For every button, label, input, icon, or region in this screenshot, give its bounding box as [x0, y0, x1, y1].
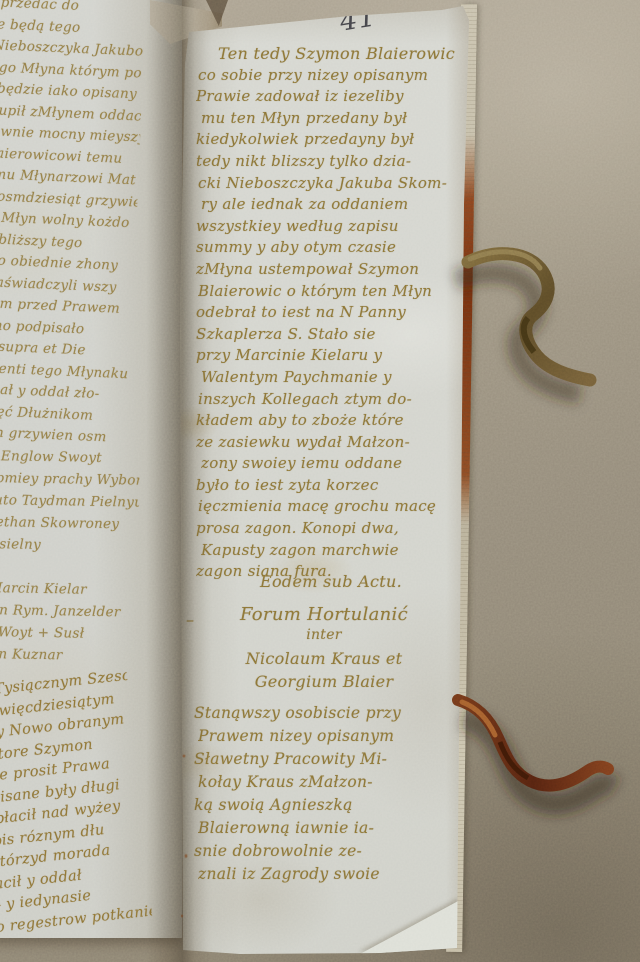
manuscript-photo: przedac doże będą tegoNieboszczyka Jakub…: [0, 0, 640, 962]
text-line: inszych Kollegach ztym do-: [198, 390, 464, 412]
text-line: cki Nieboszczyka Jakuba Skom-: [198, 174, 464, 196]
text-line: Prawem nizey opisanym: [198, 727, 466, 750]
text-line: przy Marcinie Kielaru y: [196, 346, 464, 368]
text-line: zMłyna ustempował Szymon: [196, 260, 464, 282]
text-line: ze zasiewku wydał Małzon-: [196, 433, 464, 455]
text-line: snie dobrowolnie ze-: [194, 842, 466, 865]
text-line: co sobie przy nizey opisanym: [198, 66, 464, 88]
second-paragraph: Stanąwszy osobiscie przyPrawem nizey opi…: [194, 704, 466, 888]
text-line: Sławetny Pracowity Mi-: [194, 750, 466, 773]
text-line: kołay Kraus zMałzon-: [198, 773, 466, 796]
text-line: Englow Swoyt: [1, 448, 140, 472]
left-page-witness-names: Englow Swoyttomiey prachy Wyborniuto Tay…: [0, 448, 140, 671]
left-page-text-lower: as Tysiącznym SzescDziewięcdziesiątymprz…: [0, 668, 153, 942]
right-page: 41 Ten tedy Szymon Blaierowicco sobie pr…: [180, 4, 472, 956]
text-line: było to iest zyta korzec: [196, 476, 464, 498]
text-line: mu ten Młyn przedany był: [201, 109, 464, 131]
main-paragraph: Ten tedy Szymon Blaierowicco sobie przy …: [196, 44, 464, 584]
text-line: Woyt + Susł: [0, 624, 137, 648]
folded-corner: [360, 900, 460, 954]
text-line: kładem aby to zboże które: [196, 411, 464, 433]
section-heading: Eodem sub Actu.: [226, 572, 436, 591]
text-line: ry ale iednak za oddaniem: [201, 195, 464, 217]
text-line: znali iz Zagrody swoie: [198, 865, 466, 888]
text-line: inter: [204, 627, 444, 650]
text-line: Kapusty zagon marchwie: [201, 541, 464, 563]
text-line: summy y aby otym czasie: [196, 238, 464, 260]
text-line: tomiey prachy Wyborni: [0, 470, 140, 495]
text-line: Georgium Blaier: [204, 672, 444, 695]
text-line: Blaierowną iawnie ia-: [198, 819, 466, 842]
text-line: odebrał to iest na N Panny: [196, 303, 464, 325]
text-line: tedy nikt blizszy tylko dzia-: [196, 152, 464, 174]
text-line: [0, 558, 138, 583]
text-line: Walentym Paychmanie y: [201, 368, 464, 390]
text-line: kiedykolwiek przedayny był: [196, 130, 464, 152]
text-line: Prawie zadował iz iezeliby: [196, 87, 464, 109]
text-line: Nicolaum Kraus et: [204, 649, 444, 672]
text-line: wszystkiey według zapisu: [196, 217, 464, 239]
text-line: Szkaplerza S. Stało sie: [196, 325, 464, 347]
left-page-text-upper: przedac doże będą tegoNieboszczyka Jakub…: [0, 0, 146, 452]
text-line: Ten tedy Szymon Blaierowic: [196, 44, 464, 66]
text-line: prosa zagon. Konopi dwa,: [196, 519, 464, 541]
case-title: Forum HortulanićinterNicolaum Kraus etGe…: [204, 604, 444, 694]
text-line: Jan Kuznar: [0, 646, 137, 671]
text-line: sielny: [0, 536, 138, 560]
text-line: zony swoiey iemu oddane: [201, 454, 464, 476]
text-line: ięczmienia macę grochu macę: [198, 497, 464, 519]
text-line: Forum Hortulanić: [204, 604, 444, 627]
text-line: bethan Skowroney: [0, 514, 139, 539]
margin-mark: –: [186, 610, 194, 629]
left-page: przedac doże będą tegoNieboszczyka Jakub…: [0, 0, 182, 938]
text-line: ką swoią Agnieszką: [194, 796, 466, 819]
text-line: Marcin Kielar: [0, 580, 138, 605]
text-line: Stanąwszy osobiscie przy: [194, 704, 466, 727]
text-line: Blaierowic o którym ten Młyn: [198, 282, 464, 304]
text-line: uto Taydman Pielnyu: [0, 492, 139, 517]
text-line: Jan Rym. Janzelder: [0, 602, 137, 627]
